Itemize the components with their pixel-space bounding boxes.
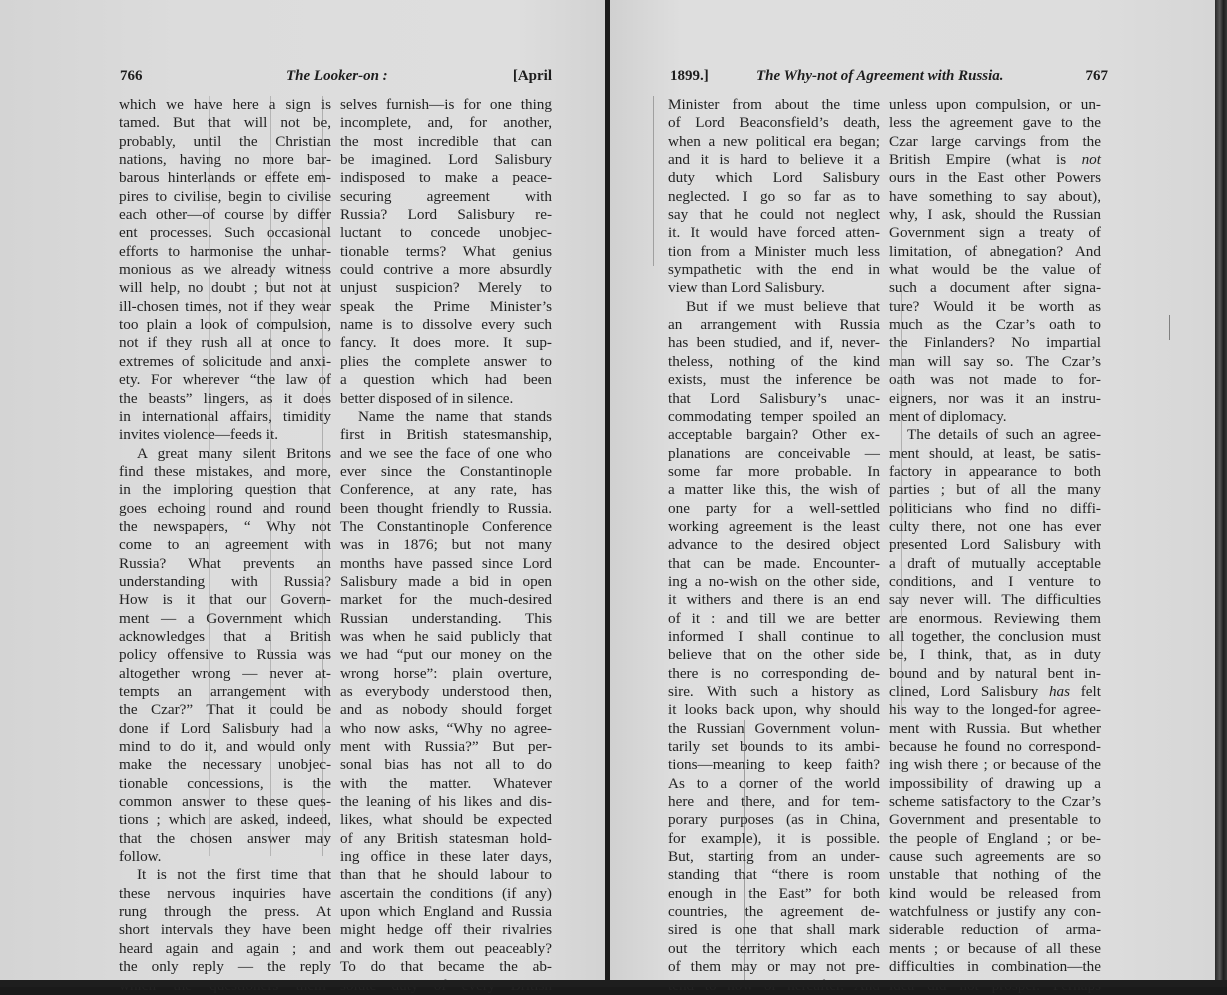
scan-artifact-line — [1169, 315, 1170, 340]
text-line: siderable reduction of arma- — [889, 921, 1101, 939]
text-line: are enormous. Reviewing them — [889, 610, 1101, 628]
text-line: informed I shall continue to — [668, 628, 880, 646]
text-line: ment should, at least, be satis- — [889, 445, 1101, 463]
text-line: acknowledges that a British — [119, 628, 331, 646]
text-line: as everybody understood then, — [340, 683, 552, 701]
text-line: and work them out peaceably? — [340, 940, 552, 958]
text-line: eigners, nor was it an instru- — [889, 390, 1101, 408]
text-line: British Empire (what is not — [889, 151, 1101, 169]
text-line: some far more probable. In — [668, 463, 880, 481]
text-line: that can be made. Encounter- — [668, 555, 880, 573]
text-line: tarily set bounds to its ambi- — [668, 738, 880, 756]
text-line: the most incredible that can — [340, 133, 552, 151]
text-line: rung through the press. At — [119, 903, 331, 921]
running-title: The Why-not of Agreement with Russia. — [756, 68, 1004, 85]
text-line: was in 1876; but not many — [340, 536, 552, 554]
text-line: sympathetic with the end in — [668, 261, 880, 279]
text-line: common answer to these ques- — [119, 793, 331, 811]
running-month: [April — [513, 68, 552, 85]
text-line: standing that “there is room — [668, 866, 880, 884]
book-gutter — [605, 0, 610, 987]
text-line: tempts an arrangement with — [119, 683, 331, 701]
text-line: enough in the East” for both — [668, 885, 880, 903]
right-page-header: 1899.] The Why-not of Agreement with Rus… — [670, 68, 1108, 90]
text-line: scheme satisfactory to the Czar’s — [889, 793, 1101, 811]
text-line: might hedge off their rivalries — [340, 921, 552, 939]
text-line: Czar large carvings from the — [889, 133, 1101, 151]
text-line: that the chosen answer may — [119, 830, 331, 848]
text-line: kind would be released from — [889, 885, 1101, 903]
text-line: the only reply — the reply — [119, 958, 331, 976]
text-line: politicians who find no diffi- — [889, 500, 1101, 518]
page-number: 766 — [120, 68, 143, 85]
text-line: Russia? What prevents an — [119, 555, 331, 573]
text-line: likes, what should be expected — [340, 811, 552, 829]
text-line: find these mistakes, and more, — [119, 463, 331, 481]
text-line: As to a corner of the world — [668, 775, 880, 793]
text-line: To do that became the ab- — [340, 958, 552, 976]
text-line: better disposed of in silence. — [340, 390, 552, 408]
text-line: understanding with Russia? — [119, 573, 331, 591]
text-line: done if Lord Salisbury had a — [119, 720, 331, 738]
text-line: a matter like this, the wish of — [668, 481, 880, 499]
text-line: it withers and there is an end — [668, 591, 880, 609]
running-year: 1899.] — [670, 68, 709, 85]
text-line: speak the Prime Minister’s — [340, 298, 552, 316]
text-line: man will say so. The Czar’s — [889, 353, 1101, 371]
right-page: 1899.] The Why-not of Agreement with Rus… — [609, 0, 1215, 980]
text-line: conditions, and I venture to — [889, 573, 1101, 591]
text-line: when a new political era began; — [668, 133, 880, 151]
text-line: acceptable bargain? Other ex- — [668, 426, 880, 444]
text-line: with the matter. Whatever — [340, 775, 552, 793]
text-line: A great many silent Britons — [119, 445, 331, 463]
text-line: ours in the East other Powers — [889, 169, 1101, 187]
text-line: and as nobody should forget — [340, 701, 552, 719]
text-line: It is not the first time that — [119, 866, 331, 884]
text-line: difficulties in combination—the — [889, 958, 1101, 976]
text-line: efforts to harmonise the unhar- — [119, 243, 331, 261]
text-line: was when he said publicly that — [340, 628, 552, 646]
running-title: The Looker-on : — [286, 68, 388, 85]
scan-artifact-line — [901, 290, 902, 710]
text-line: countries, the agreement de- — [668, 903, 880, 921]
text-line: been thought friendly to Russia. — [340, 500, 552, 518]
book-spread: 766 The Looker-on : [April which we have… — [0, 0, 1227, 987]
text-line: could contrive a more absurdly — [340, 261, 552, 279]
text-line: a draft of mutually acceptable — [889, 555, 1101, 573]
text-line: presented Lord Salisbury with — [889, 536, 1101, 554]
text-line: ing office in these later days, — [340, 848, 552, 866]
text-line: Name the name that stands — [340, 408, 552, 426]
text-line: have something to say about), — [889, 188, 1101, 206]
text-line: cause such agreements are so — [889, 848, 1101, 866]
text-line: policy offensive to Russia was — [119, 646, 331, 664]
emphasis: has — [1049, 683, 1070, 700]
text-line: wrong horse”: plain overture, — [340, 665, 552, 683]
text-column: Minister from about the timeof Lord Beac… — [668, 96, 880, 987]
text-line: luctant to concede unobjec- — [340, 224, 552, 242]
text-line: which we have here a sign is — [119, 96, 331, 114]
text-line: will help, no doubt ; but not at — [119, 279, 331, 297]
text-line: ment of diplomacy. — [889, 408, 1101, 426]
text-line: goes echoing round and round — [119, 500, 331, 518]
text-line: How is it that our Govern- — [119, 591, 331, 609]
text-line: factory in appearance to both — [889, 463, 1101, 481]
text-line: nations, having no more bar- — [119, 151, 331, 169]
text-line: of them may or may not pre- — [668, 958, 880, 976]
text-line: duty which Lord Salisbury — [668, 169, 880, 187]
text-line: ment — a Government which — [119, 610, 331, 628]
page-edge — [1215, 0, 1227, 987]
scan-artifact-line — [653, 96, 654, 266]
text-line: his way to the longed-for agree- — [889, 701, 1101, 719]
text-line: oath was not made to for- — [889, 371, 1101, 389]
text-line: Government sign a treaty of — [889, 224, 1101, 242]
text-line: the people of England ; or be- — [889, 830, 1101, 848]
text-line: why, I ask, should the Russian — [889, 206, 1101, 224]
scan-artifact-line — [209, 96, 210, 856]
text-line: come to an agreement with — [119, 536, 331, 554]
text-line: monious as we already witness — [119, 261, 331, 279]
left-page-header: 766 The Looker-on : [April — [120, 68, 552, 90]
text-line: ture? Would it be worth as — [889, 298, 1101, 316]
text-line: probably, until the Christian — [119, 133, 331, 151]
text-line: for example), it is possible. — [668, 830, 880, 848]
text-line: than that he should labour to — [340, 866, 552, 884]
text-line: name is to dissolve every such — [340, 316, 552, 334]
text-line: ing a no-wish on the other side, — [668, 573, 880, 591]
text-line: of it : and till we are better — [668, 610, 880, 628]
text-line: all together, the conclusion must — [889, 628, 1101, 646]
text-line: impossibility of drawing up a — [889, 775, 1101, 793]
text-line: Salisbury made a bid in open — [340, 573, 552, 591]
text-line: indisposed to make a peace- — [340, 169, 552, 187]
text-line: parties ; but of all the many — [889, 481, 1101, 499]
text-line: the newspapers, “ Why not — [119, 518, 331, 536]
text-line: Government and presentable to — [889, 811, 1101, 829]
text-line: ment with Russia. But whether — [889, 720, 1101, 738]
text-line: out the territory which each — [668, 940, 880, 958]
text-line: pires to civilise, begin to civilise — [119, 188, 331, 206]
text-line: The details of such an agree- — [889, 426, 1101, 444]
text-line: the leaning of his likes and dis- — [340, 793, 552, 811]
text-line: commodating temper spoiled an — [668, 408, 880, 426]
text-line: culty there, not one has ever — [889, 518, 1101, 536]
text-line: market for the much-desired — [340, 591, 552, 609]
text-line: fancy. It does more. It sup- — [340, 334, 552, 352]
text-line: each other—of course by differ — [119, 206, 331, 224]
page-number: 767 — [1086, 68, 1109, 85]
text-line: plies the complete answer to — [340, 353, 552, 371]
text-line: bound and by natural bent in- — [889, 665, 1101, 683]
text-line: Conference, at any rate, has — [340, 481, 552, 499]
text-column: unless upon compulsion, or un-less the a… — [889, 96, 1101, 987]
text-line: in international affairs, timidity — [119, 408, 331, 426]
scan-border — [0, 980, 1227, 987]
text-line: incomplete, and, for another, — [340, 114, 552, 132]
text-line: unstable that nothing of the — [889, 866, 1101, 884]
text-line: tamed. But that will not be, — [119, 114, 331, 132]
text-line: much as the Czar’s oath to — [889, 316, 1101, 334]
text-line: of Lord Beaconsfield’s death, — [668, 114, 880, 132]
text-line: who now asks, “Why no agree- — [340, 720, 552, 738]
text-line: because he found no correspond- — [889, 738, 1101, 756]
text-line: sonal bias has not all to do — [340, 756, 552, 774]
text-line: there is no corresponding de- — [668, 665, 880, 683]
text-line: altogether wrong — never at- — [119, 665, 331, 683]
text-line: sire. With such a history as — [668, 683, 880, 701]
text-line: of any British statesman hold- — [340, 830, 552, 848]
text-line: ment with Russia?” But per- — [340, 738, 552, 756]
text-line: unless upon compulsion, or un- — [889, 96, 1101, 114]
text-line: But if we must believe that — [668, 298, 880, 316]
text-line: tions ; which are asked, indeed, — [119, 811, 331, 829]
text-line: a question which had been — [340, 371, 552, 389]
scan-artifact-line — [270, 96, 271, 856]
text-line: that Lord Salisbury’s unac- — [668, 390, 880, 408]
text-line: has been studied, and if, never- — [668, 334, 880, 352]
text-line: porary purposes (as in China, — [668, 811, 880, 829]
text-line: theless, nothing of the kind — [668, 353, 880, 371]
text-column: selves furnish—is for one thingincomplet… — [340, 96, 552, 987]
text-line: selves furnish—is for one thing — [340, 96, 552, 114]
text-line: and we see the face of one who — [340, 445, 552, 463]
text-line: planations are conceivable — — [668, 445, 880, 463]
text-line: it looks back upon, why should — [668, 701, 880, 719]
text-line: barous hinterlands or effete em- — [119, 169, 331, 187]
text-line: working agreement is the least — [668, 518, 880, 536]
text-line: ments ; or because of all these — [889, 940, 1101, 958]
text-line: Minister from about the time — [668, 96, 880, 114]
text-line: ever since the Constantinople — [340, 463, 552, 481]
text-line: upon which England and Russia — [340, 903, 552, 921]
emphasis: not — [1082, 151, 1101, 168]
text-column: which we have here a sign istamed. But t… — [119, 96, 331, 987]
text-line: in the imploring question that — [119, 481, 331, 499]
text-line: securing agreement with — [340, 188, 552, 206]
text-line: tionable terms? What genius — [340, 243, 552, 261]
text-line: an arrangement with Russia — [668, 316, 880, 334]
text-line: view than Lord Salisbury. — [668, 279, 880, 297]
text-line: make the necessary unobjec- — [119, 756, 331, 774]
text-line: what would be the value of — [889, 261, 1101, 279]
text-line: the beasts” lingers, as it does — [119, 390, 331, 408]
text-line: first in British statesmanship, — [340, 426, 552, 444]
text-line: these nervous inquiries have — [119, 885, 331, 903]
text-line: clined, Lord Salisbury has felt — [889, 683, 1101, 701]
text-line: neglected. I go so far as to — [668, 188, 880, 206]
text-line: watchfulness or justify any con- — [889, 903, 1101, 921]
text-line: The Constantinople Conference — [340, 518, 552, 536]
text-line: But, starting from an under- — [668, 848, 880, 866]
scan-artifact-line — [322, 96, 323, 856]
text-line: ent processes. Such occasional — [119, 224, 331, 242]
text-line: heard again and again ; and — [119, 940, 331, 958]
text-line: ill-chosen times, not if they wear — [119, 298, 331, 316]
text-line: tion from a Minister much less — [668, 243, 880, 261]
text-line: one party for a well-settled — [668, 500, 880, 518]
scan-artifact-line — [744, 720, 745, 987]
text-line: say that he could not neglect — [668, 206, 880, 224]
text-line: less the agreement gave to the — [889, 114, 1101, 132]
text-line: invites violence—feeds it. — [119, 426, 331, 444]
text-line: short intervals they have been — [119, 921, 331, 939]
text-line: the Finlanders? No impartial — [889, 334, 1101, 352]
text-line: ety. For wherever “the law of — [119, 371, 331, 389]
text-line: mind to do it, and would only — [119, 738, 331, 756]
text-line: limitation, of abnegation? And — [889, 243, 1101, 261]
text-line: believe that on the other side — [668, 646, 880, 664]
text-line: follow. — [119, 848, 331, 866]
text-line: not if they rush all at once to — [119, 334, 331, 352]
text-line: tions—meaning to keep faith? — [668, 756, 880, 774]
text-line: too plain a look of compulsion, — [119, 316, 331, 334]
text-line: the Russian Government volun- — [668, 720, 880, 738]
text-line: we had “put our money on the — [340, 646, 552, 664]
text-line: here and there, and for tem- — [668, 793, 880, 811]
text-line: and it is hard to believe it a — [668, 151, 880, 169]
text-line: Russian understanding. This — [340, 610, 552, 628]
text-line: months have passed since Lord — [340, 555, 552, 573]
text-line: the Czar?” That it could be — [119, 701, 331, 719]
text-line: ing wish there ; or because of the — [889, 756, 1101, 774]
text-line: such a document after signa- — [889, 279, 1101, 297]
text-line: ascertain the conditions (if any) — [340, 885, 552, 903]
text-line: extremes of solicitude and anxi- — [119, 353, 331, 371]
text-line: be imagined. Lord Salisbury — [340, 151, 552, 169]
text-line: tionable concessions, is the — [119, 775, 331, 793]
text-line: unjust suspicion? Merely to — [340, 279, 552, 297]
text-line: exists, must the inference be — [668, 371, 880, 389]
text-line: it. It would have forced atten- — [668, 224, 880, 242]
text-line: advance to the desired object — [668, 536, 880, 554]
left-page: 766 The Looker-on : [April which we have… — [0, 0, 606, 980]
text-line: sired is one that shall mark — [668, 921, 880, 939]
text-line: say never will. The difficulties — [889, 591, 1101, 609]
text-line: be, I think, that, as in duty — [889, 646, 1101, 664]
text-line: Russia? Lord Salisbury re- — [340, 206, 552, 224]
